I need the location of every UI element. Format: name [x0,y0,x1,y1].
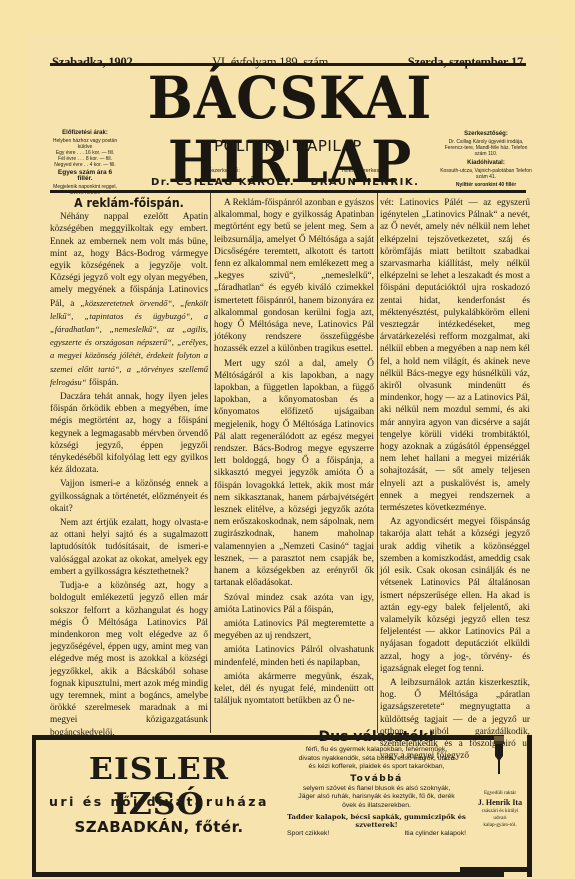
paragraph: Mert ugy szól a dal, amely Ő Méltóságáró… [214,358,374,590]
paragraph: Nem azt értjük ezalatt, hogy olvasta-e a… [50,517,208,578]
ad-footer-row: Sport czikkek! Itia cylinder kalapok! [285,830,468,839]
paragraph: A Reklám-főispánról azonban e gyászos al… [214,197,374,356]
ad-product-list: Dus választék! férfi, fiu és gyermek kal… [285,728,468,838]
editorial-text: Dr. Csillag Károly ügyvédi irodája, Fere… [440,139,532,157]
firm-desc: kalap-gyáro-tól. [474,822,526,829]
subscription-line: Helyben házhoz vagy postán küldve [50,138,120,150]
paragraph: amióta Latinovics Pálról olvashatunk min… [214,644,374,668]
paragraph: Tudja-e a közönség azt, hogy a boldogult… [50,580,208,739]
ad-border [460,867,532,872]
firm-desc: császári és királyi [474,808,526,815]
chief-editor-role: Főszerkesztő: [148,168,298,174]
masthead-title: BÁCSKAI HIRLAP [69,66,511,130]
article-column-2: A Reklám-főispánról azonban e gyászos al… [214,197,374,709]
single-price: Egyes szám ára 6 fillér. [50,170,120,182]
ad-gothic-line: Tadder kalapok, bécsi sapkák, gummiczipő… [285,813,468,830]
column-rule [210,193,211,733]
ad-business: uri és női divatáruháza [44,794,274,809]
quoted-titles: „közszeretetnek örvendő“, „fenkölt lelkű… [50,298,208,387]
chief-editor-name: Dr. CSILLAG KÁROLY. [148,177,298,188]
ad-line: Jäger alsó ruhák, harisnyák és keztyűk, … [285,793,468,802]
paragraph: Az agyondicsért megyei főispánság takaró… [380,516,530,675]
ads-note: Nyilttér soronkint 40 fillér [440,182,532,188]
ad-location: SZABADKÁN, főtér. [44,818,274,836]
subscription-heading: Előfizetési árak: [50,130,120,136]
ad-line: selyem szövet és flanel blusok és alsó s… [285,785,468,794]
paragraph: vét: Latinovics Pálét — az egyszerű igén… [380,197,530,514]
masthead-subtitle: POLITIKAI NAPILAP [170,137,406,155]
paragraph-text: Néhány nappal ezelőtt Apatin községében … [50,212,208,308]
paragraph: amióta akármerre megyünk, észak, kelet, … [214,671,374,708]
paragraph-text: főispán. [89,378,119,388]
paragraph: Néhány nappal ezelőtt Apatin községében … [50,211,208,389]
subscription-box: Előfizetési árak: Helyben házhoz vagy po… [50,130,120,196]
ad-sole-agency: Egyedüli raktár J. Henrik Ita császári é… [474,790,526,829]
office-heading: Kiadóhivatal: [440,160,532,166]
paragraph: Daczára tehát annak, hogy ilyen jeles fő… [50,391,208,476]
editorial-box: Szerkesztőség: Dr. Csillag Károly ügyvéd… [440,131,532,188]
article-column-1: A reklám-főispán. Néhány nappal ezelőtt … [50,197,208,741]
ad-line: férfi, fiu és gyermek kalapokban, fehérn… [285,746,468,755]
header-rule [50,190,526,193]
ad-border [527,735,532,877]
ad-headline: Dus választék! [285,728,468,746]
sole-agency-label: Egyedüli raktár [474,790,526,797]
paragraph: Vajjon ismeri-e a közönség ennek a gyilk… [50,478,208,515]
editorial-heading: Szerkesztőség: [440,131,532,137]
ad-further: Továbbá [285,773,468,785]
managing-editor-name: BRAUN HENRIK. [295,177,435,188]
firm-desc: udvari [474,815,526,822]
subscription-line: Negyed évre . . 4 kor. — fill. [50,162,120,168]
firm-name: J. Henrik Ita [474,797,526,808]
chief-editor: Főszerkesztő: Dr. CSILLAG KÁROLY. [148,168,298,188]
office-text: Kossuth-utcza, Vajnich-palotában Telefon… [440,168,532,180]
pointing-hand-icon [492,736,506,776]
ad-cylinder: Itia cylinder kalapok! [404,830,466,839]
ad-line: és kézi kofferek, plaidek és sport takar… [285,763,468,772]
ad-line: övek és illatszerekben. [285,802,468,811]
article-headline: A reklám-főispán. [59,197,198,209]
managing-editor: Felelős szerkesztő: BRAUN HENRIK. [295,168,435,188]
paragraph: Szóval mindez csak azóta van igy, amióta… [214,592,374,616]
managing-editor-role: Felelős szerkesztő: [295,168,435,174]
ad-sport: Sport czikkek! [287,830,329,839]
paragraph: amióta Latinovics Pál megteremtette a me… [214,618,374,642]
article-column-3: vét: Latinovics Pálét — az egyszerű igén… [380,197,530,764]
ad-merchant-name: EISLER IZSÓ [38,752,280,822]
column-rule [377,193,378,733]
ad-line: divatos nyakkendők, séta botok, esső ern… [285,755,468,764]
